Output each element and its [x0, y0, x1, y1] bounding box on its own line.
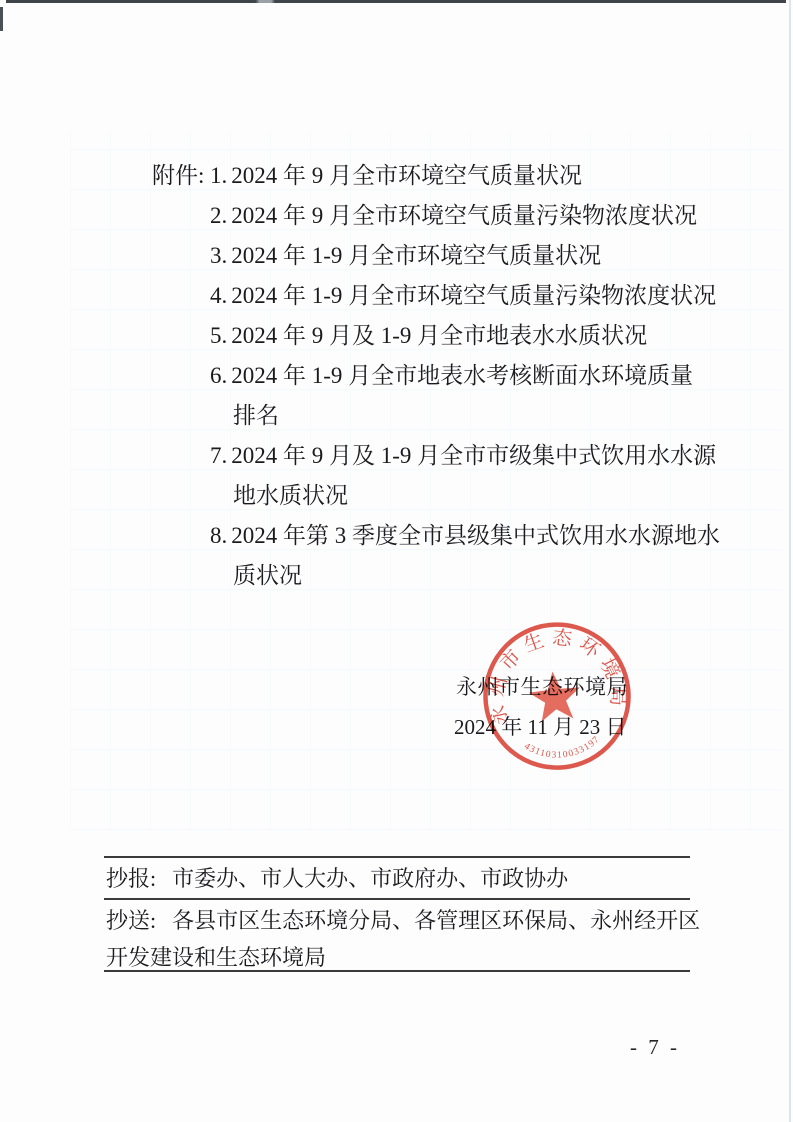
- copy-report-text: 市委办、市人大办、市政府办、市政协办: [172, 866, 568, 891]
- svg-text:永州市生态环境局: 永州市生态环境局: [478, 619, 630, 727]
- attachment-item: 附件:1.2024 年 9 月全市环境空气质量状况: [152, 156, 697, 196]
- page-number: - 7 -: [630, 1035, 680, 1060]
- attachments-label: 附件:: [152, 156, 210, 196]
- attachment-number: 1.: [210, 163, 227, 188]
- attachment-number: 2.: [210, 203, 227, 228]
- attachment-text: 2024 年 9 月及 1-9 月全市地表水水质状况: [231, 323, 647, 348]
- copy-send-text: 各县市区生态环境分局、各管理区环保局、永州经开区: [172, 908, 700, 933]
- seal-arc-text: 永州市生态环境局: [478, 619, 630, 727]
- attachment-text: 2024 年 1-9 月全市环境空气质量状况: [231, 243, 601, 268]
- seal-star-icon: [527, 669, 583, 723]
- attachment-text-continuation: 地水质状况: [152, 476, 697, 516]
- attachment-text: 2024 年 9 月全市环境空气质量状况: [231, 163, 582, 188]
- attachment-item: 4.2024 年 1-9 月全市环境空气质量污染物浓度状况: [152, 276, 697, 316]
- scan-artifact-top-edge: [6, 0, 786, 3]
- attachment-text-continuation: 质状况: [152, 556, 697, 596]
- attachment-number: 8.: [210, 523, 227, 548]
- attachment-item: 6.2024 年 1-9 月全市地表水考核断面水环境质量: [152, 356, 697, 396]
- footer-divider-bottom: [104, 970, 690, 972]
- attachment-text-continuation: 排名: [152, 396, 697, 436]
- copy-report-label: 抄报:: [106, 866, 156, 891]
- attachment-item: 5.2024 年 9 月及 1-9 月全市地表水水质状况: [152, 316, 697, 356]
- attachment-text: 2024 年 1-9 月全市地表水考核断面水环境质量: [231, 363, 693, 388]
- footer-divider-top: [104, 856, 690, 858]
- attachment-item: 8.2024 年第 3 季度全市县级集中式饮用水水源地水: [152, 516, 697, 556]
- attachment-item: 7.2024 年 9 月及 1-9 月全市市级集中式饮用水水源: [152, 436, 697, 476]
- copy-report-row: 抄报:市委办、市人大办、市政府办、市政协办: [106, 862, 568, 893]
- copy-send-label: 抄送:: [106, 908, 156, 933]
- attachment-list: 附件:1.2024 年 9 月全市环境空气质量状况 2.2024 年 9 月全市…: [152, 156, 697, 596]
- copy-send-row: 抄送:各县市区生态环境分局、各管理区环保局、永州经开区: [106, 904, 700, 935]
- footer-divider-middle: [104, 898, 690, 900]
- official-seal-stamp: 永州市生态环境局 43110310033197: [470, 608, 646, 784]
- attachment-number: 3.: [210, 243, 227, 268]
- attachment-number: 7.: [210, 443, 227, 468]
- attachment-item: 2.2024 年 9 月全市环境空气质量污染物浓度状况: [152, 196, 697, 236]
- scan-artifact-left-edge: [0, 7, 3, 31]
- attachment-text: 2024 年 9 月全市环境空气质量污染物浓度状况: [231, 203, 697, 228]
- attachment-number: 5.: [210, 323, 227, 348]
- attachment-text: 2024 年 9 月及 1-9 月全市市级集中式饮用水水源: [231, 443, 716, 468]
- scan-artifact-right-edge: [789, 0, 791, 1122]
- attachment-text: 2024 年第 3 季度全市县级集中式饮用水水源地水: [231, 523, 720, 548]
- attachment-number: 4.: [210, 283, 227, 308]
- scanned-document-page: 附件:1.2024 年 9 月全市环境空气质量状况 2.2024 年 9 月全市…: [0, 0, 793, 1122]
- attachment-number: 6.: [210, 363, 227, 388]
- attachment-item: 3.2024 年 1-9 月全市环境空气质量状况: [152, 236, 697, 276]
- copy-send-text-continuation: 开发建设和生态环境局: [106, 941, 326, 972]
- attachment-text: 2024 年 1-9 月全市环境空气质量污染物浓度状况: [231, 283, 716, 308]
